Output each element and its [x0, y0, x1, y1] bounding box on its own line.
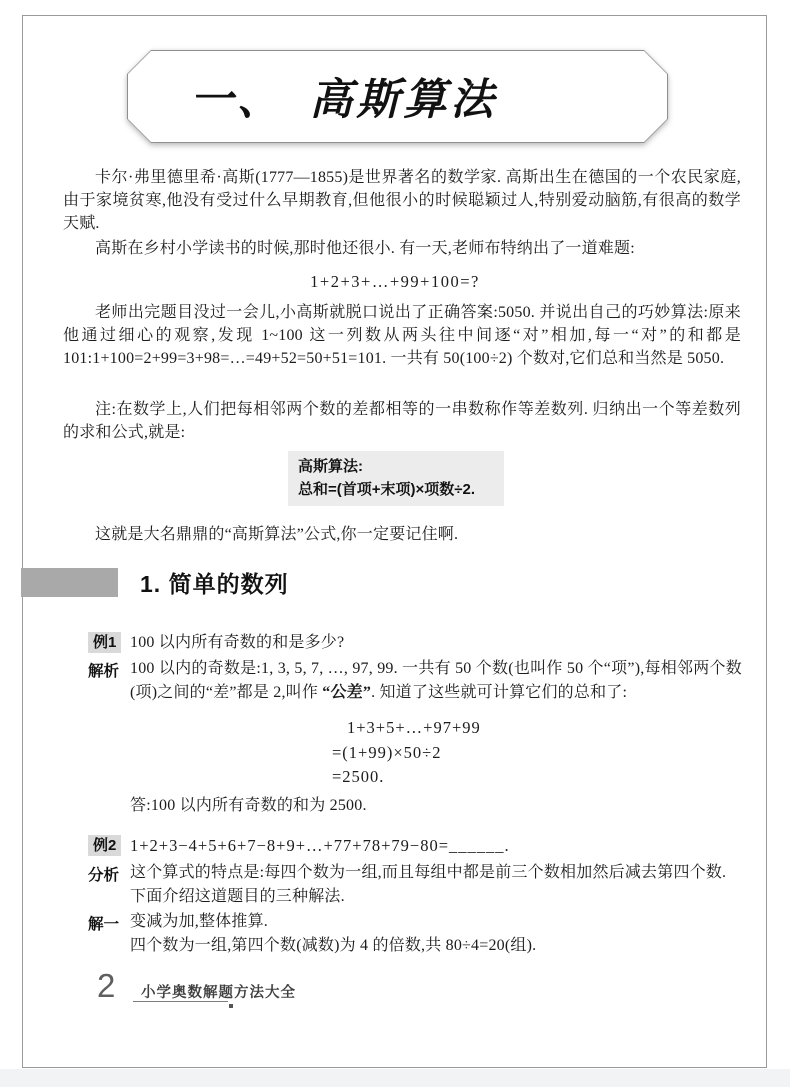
example2-solution1-line2: 四个数为一组,第四个数(减数)为 4 的倍数,共 80÷4=20(组).: [130, 934, 742, 958]
analysis-text-part2: . 知道了这些就可计算它们的总和了:: [371, 684, 627, 701]
example2-analysis-line2: 下面介绍这道题目的三种解法.: [130, 885, 742, 909]
book-title: 小学奥数解题方法大全: [141, 981, 296, 1002]
section-heading-bar: [21, 568, 118, 597]
example1-answer: 答:100 以内所有奇数的和为 2500.: [130, 794, 742, 818]
page-number: 2: [97, 967, 115, 1005]
example1-math-block: 1+3+5+…+97+99 =(1+99)×50÷2 =2500.: [332, 716, 481, 790]
gauss-box-formula: 总和=(首项+末项)×项数÷2.: [298, 478, 504, 501]
example1-question: 100 以内所有奇数的和是多少?: [130, 631, 742, 655]
intro-paragraph-3: 老师出完题目没过一会儿,小高斯就脱口说出了正确答案:5050. 并说出自己的巧妙…: [63, 301, 741, 370]
gauss-sum-formula: 1+2+3+…+99+100=?: [0, 272, 790, 292]
example1-analysis-label: 解析: [88, 659, 119, 681]
analysis-bold-term: “公差”: [322, 684, 371, 701]
example1-analysis-text: 100 以内的奇数是:1, 3, 5, 7, …, 97, 99. 一共有 50…: [130, 657, 742, 705]
example1-label: 例1: [88, 632, 121, 653]
intro-paragraph-4: 这就是大名鼎鼎的“高斯算法”公式,你一定要记住啊.: [63, 523, 741, 546]
math-line-1: 1+3+5+…+97+99: [332, 716, 481, 741]
math-line-3: =2500.: [332, 765, 481, 790]
gauss-formula-box: 高斯算法: 总和=(首项+末项)×项数÷2.: [288, 451, 504, 506]
chapter-banner-border: 一、 高斯算法: [127, 50, 668, 143]
section-heading: 1. 简单的数列: [140, 566, 289, 599]
intro-paragraph-2: 高斯在乡村小学读书的时候,那时他还很小. 有一天,老师布特纳出了一道难题:: [63, 237, 741, 260]
chapter-banner-inner: 一、 高斯算法: [128, 51, 667, 142]
intro-paragraph-1: 卡尔·弗里德里希·高斯(1777—1855)是世界著名的数学家. 高斯出生在德国…: [63, 166, 741, 235]
chapter-banner: 一、 高斯算法: [127, 50, 668, 143]
example2-question: 1+2+3−4+5+6+7−8+9+…+77+78+79−80=______.: [130, 834, 742, 858]
example2-label: 例2: [88, 835, 121, 856]
example2-analysis-label: 分析: [88, 863, 119, 885]
chapter-title: 一、 高斯算法: [128, 66, 498, 127]
book-page: { "colors": { "label_bg": "#d9d9d9", "ga…: [0, 0, 790, 1087]
footer-dot: [229, 1004, 233, 1008]
footer-underline: [133, 1001, 228, 1002]
math-line-2: =(1+99)×50÷2: [332, 741, 481, 766]
example2-solution1-label: 解一: [88, 912, 119, 934]
page-bottom-edge: [0, 1069, 790, 1087]
intro-note-paragraph: 注:在数学上,人们把每相邻两个数的差都相等的一串数称作等差数列. 归纳出一个等差…: [63, 398, 741, 444]
example2-solution1-line1: 变减为加,整体推算.: [130, 910, 742, 934]
example2-analysis-line1: 这个算式的特点是:每四个数为一组,而且每组中都是前三个数相加然后减去第四个数.: [130, 861, 742, 885]
gauss-box-title: 高斯算法:: [298, 455, 504, 478]
